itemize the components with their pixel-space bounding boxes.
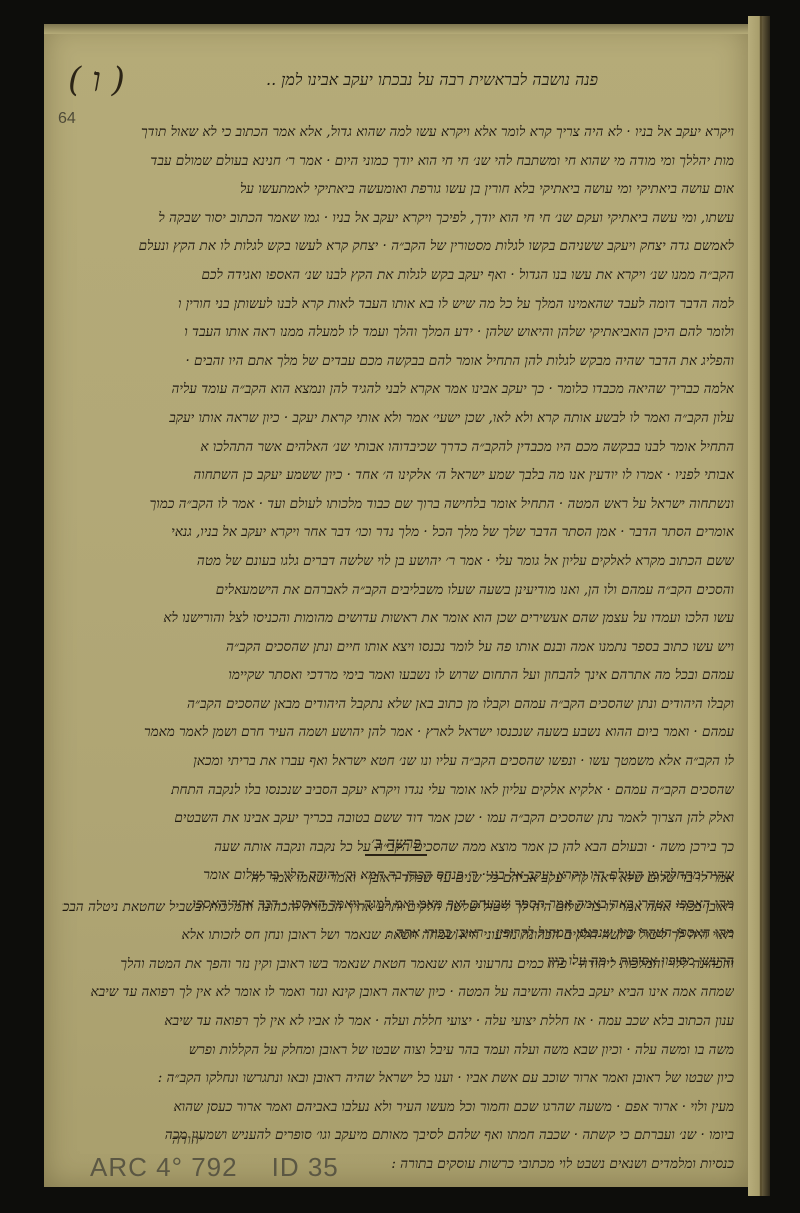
signature: יהודה	[172, 1132, 203, 1149]
manuscript-line: אמר לו בר שלום שלא ראה קרי יעקב אביהם כל…	[62, 864, 734, 893]
manuscript-line: ונשתחוה ישראל על ראש המטה · התחיל אומר ב…	[62, 490, 734, 519]
section-heading: פרשה ב׳	[44, 834, 748, 853]
manuscript-line: אום עושה ביאתיקי ומי עושה ביאתיקי בלא חו…	[62, 175, 734, 204]
manuscript-line: התחיל אומר לבנו בבקשה מכם היו מכבדין להק…	[62, 433, 734, 462]
folio-marker: ( ו )	[68, 60, 125, 100]
manuscript-line: ראובן בכורי אתה אמר לו בר שלום היה לך לי…	[62, 893, 734, 922]
manuscript-line: ששם הכתוב מקרא לאלקים עליון אל גומר עלי …	[62, 547, 734, 576]
manuscript-line: עשו הלכו ועמדו על עצמן שהם אעשירים שכן ה…	[62, 604, 734, 633]
text-block-2: אמר לו בר שלום שלא ראה קרי יעקב אביהם כל…	[62, 864, 734, 1179]
manuscript-line: ראוי היה לך ליטול שלשה חלקים הכהונה נזרע…	[62, 921, 734, 950]
manuscript-line: ויש עשו כתוב בספר נתמנו אמה ובנם אותו פה…	[62, 633, 734, 662]
manuscript-line: ואלק להן הצרוך לאמר נתן שהסכים הקב״ה עמו…	[62, 804, 734, 833]
manuscript-line: והכהונה ללוי והמלכות ליהודה · פחז כמים נ…	[62, 950, 734, 979]
manuscript-line: עמהם ובכל מה אתרהם אינך להבחון ועל התחום…	[62, 661, 734, 690]
manuscript-line: אומרים הסתר הדבר · אמן הסתר הדבר שלך של …	[62, 518, 734, 547]
manuscript-line: עשתו, ומי עשה ביאתיקי ועקם שנ׳ חי חי הוא…	[62, 204, 734, 233]
manuscript-line: עלון הקב״ה ואמר לו לבשע אותה קרא ולא לאו…	[62, 404, 734, 433]
page-title: פנה נושבה לבראשית רבה על נבכתו יעקב אבינ…	[266, 70, 598, 90]
binding-line	[760, 16, 762, 1196]
manuscript-line: ביומו · שנ׳ ועברתם כי קשתה · שכבה חמתו ו…	[62, 1121, 734, 1150]
manuscript-line: משה בו ומשה עלה · וכיון שבא משה ועלה ועמ…	[62, 1036, 734, 1065]
shelfmark-number: ARC 4° 792	[90, 1152, 238, 1182]
section-heading-label: פרשה ב׳	[365, 834, 427, 856]
manuscript-line: אבותי לפניו · אמרו לו יודעין אנו מה בלבך…	[62, 461, 734, 490]
manuscript-line: הקב״ה ממנו שנ׳ ויקרא את עשו בנו הגדול · …	[62, 261, 734, 290]
manuscript-line: כיון שבטו של ראובן ואמר ארור שוכב עם אשת…	[62, 1064, 734, 1093]
manuscript-line: שהסכים הקב״ה עמהם · אלקיא אלקים עליון לא…	[62, 776, 734, 805]
archive-shelfmark: ARC 4° 792ID 35	[90, 1152, 339, 1183]
page-top-edge	[44, 24, 748, 34]
manuscript-line: למה הדבר דומה לעבד שהאמינו המלך על כל מה…	[62, 290, 734, 319]
manuscript-line: לאמשם גדה יצחק ויעקב ששניהם בקשו לגלות מ…	[62, 232, 734, 261]
manuscript-line: מות יהללך ומי מודה מי שהוא חי ומשתבח להי…	[62, 147, 734, 176]
manuscript-line: עמהם · ואמר ביום ההוא נשבע בשעה שנכנסו י…	[62, 718, 734, 747]
manuscript-page: ( ו ) 64 פנה נושבה לבראשית רבה על נבכתו …	[44, 24, 748, 1187]
manuscript-line: ענון הכתוב בלא שכב עמה · אז חללת יצועי ע…	[62, 1007, 734, 1036]
manuscript-line: לו הקב״ה אלא משמטך עשו · ונפשו שהסכים הק…	[62, 747, 734, 776]
manuscript-line: והסכים הקב״ה עמהם ולו הן, ואנו מודיעינן …	[62, 576, 734, 605]
binding-edge	[748, 16, 770, 1196]
shelfmark-id: ID 35	[272, 1152, 339, 1182]
manuscript-line: ויקרא יעקב אל בניו · לא היה צריך קרא לומ…	[62, 118, 734, 147]
manuscript-line: מעין ולוי · ארור אפם · משעה שהרגו שכם וח…	[62, 1093, 734, 1122]
manuscript-line: וקבלו היהודים ונתן שהסכים הקב״ה עמהם וקב…	[62, 690, 734, 719]
manuscript-line: אלמה כבריך שהיאה מכבדו כלומר · כך יעקב א…	[62, 375, 734, 404]
manuscript-line: שמחה אמה אינו הביא יעקב בלאה והשיבה על ה…	[62, 978, 734, 1007]
manuscript-line: ולומר להם היכן הואביאתיקי שלהן והיאוש של…	[62, 318, 734, 347]
manuscript-line: והפליג את הדבר שהיה מבקש לגלות להן התחיל…	[62, 347, 734, 376]
